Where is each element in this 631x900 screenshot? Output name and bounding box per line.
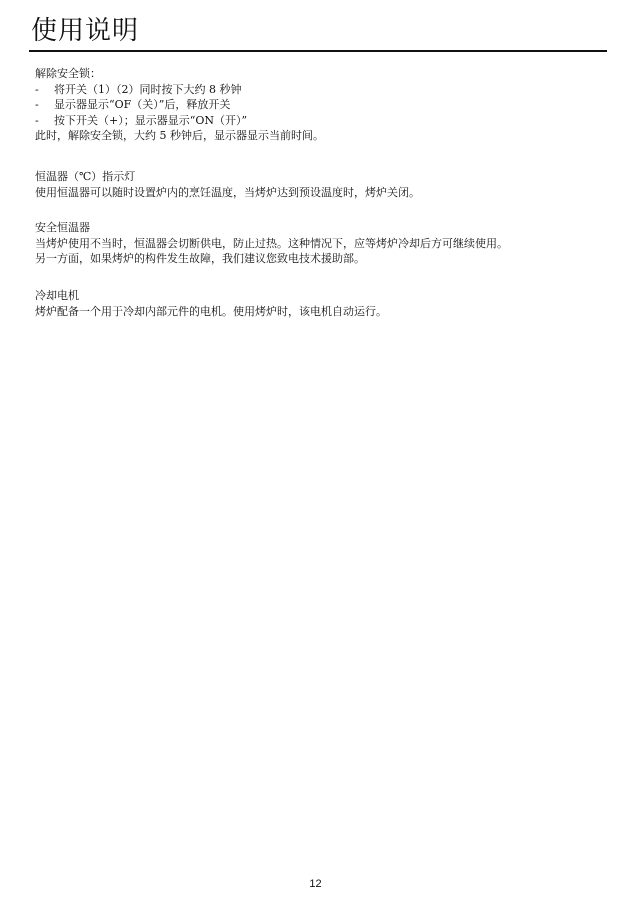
section-heading: 冷却电机 xyxy=(35,288,615,304)
list-item-text: 显示器显示“OF（关）”后，释放开关 xyxy=(54,97,230,113)
section-thermostat-indicator: 恒温器（℃）指示灯 使用恒温器可以随时设置炉内的烹饪温度，当烤炉达到预设温度时，… xyxy=(35,169,615,200)
section-cooling-motor: 冷却电机 烤炉配备一个用于冷却内部元件的电机。使用烤炉时，该电机自动运行。 xyxy=(35,288,615,319)
list-item-text: 按下开关（+）；显示器显示“ON（开）” xyxy=(54,113,247,129)
section-heading: 安全恒温器 xyxy=(35,220,615,236)
section-heading: 解除安全锁： xyxy=(35,66,615,82)
list-item: - 按下开关（+）；显示器显示“ON（开）” xyxy=(35,113,615,129)
paragraph: 另一方面，如果烤炉的构件发生故障，我们建议您致电技术援助部。 xyxy=(35,251,615,267)
paragraph: 当烤炉使用不当时，恒温器会切断供电，防止过热。这种情况下，应等烤炉冷却后方可继续… xyxy=(35,236,615,252)
bullet-marker: - xyxy=(35,97,54,113)
list-item: - 显示器显示“OF（关）”后，释放开关 xyxy=(35,97,615,113)
page-number: 12 xyxy=(0,878,631,890)
paragraph: 此时，解除安全锁，大约 5 秒钟后，显示器显示当前时间。 xyxy=(35,128,615,144)
section-safety-thermostat: 安全恒温器 当烤炉使用不当时，恒温器会切断供电，防止过热。这种情况下，应等烤炉冷… xyxy=(35,220,615,267)
section-heading: 恒温器（℃）指示灯 xyxy=(35,169,615,185)
list-item-text: 将开关（1）（2）同时按下大约 8 秒钟 xyxy=(54,82,242,98)
bullet-marker: - xyxy=(35,113,54,129)
paragraph: 烤炉配备一个用于冷却内部元件的电机。使用烤炉时，该电机自动运行。 xyxy=(35,304,615,320)
page-title: 使用说明 xyxy=(31,14,139,48)
paragraph: 使用恒温器可以随时设置炉内的烹饪温度，当烤炉达到预设温度时，烤炉关闭。 xyxy=(35,185,615,201)
section-unlock-safety-lock: 解除安全锁： - 将开关（1）（2）同时按下大约 8 秒钟 - 显示器显示“OF… xyxy=(35,66,615,144)
bullet-marker: - xyxy=(35,82,54,98)
title-divider xyxy=(29,50,607,52)
list-item: - 将开关（1）（2）同时按下大约 8 秒钟 xyxy=(35,82,615,98)
